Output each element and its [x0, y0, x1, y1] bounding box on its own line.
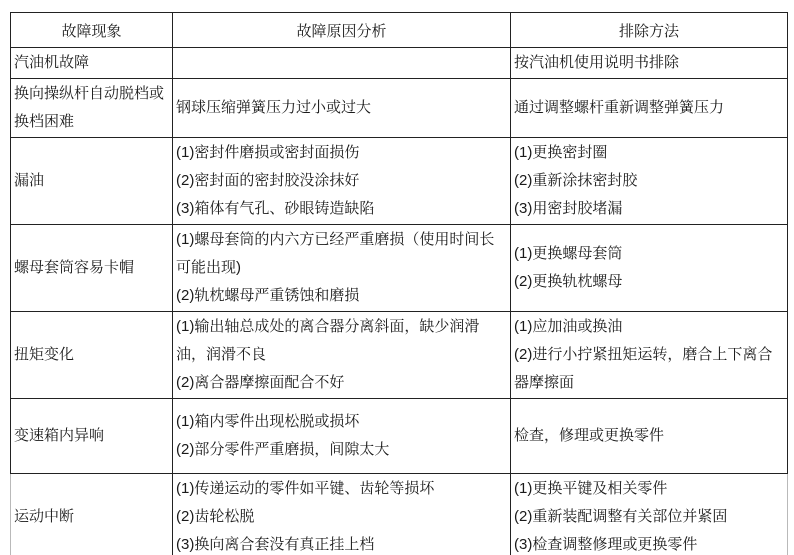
cell-remedies: 按汽油机使用说明书排除	[511, 48, 788, 79]
table-row: 变速箱内异响(1)箱内零件出现松脱或损坏(2)部分零件严重磨损，间隙太大检查，修…	[11, 399, 788, 474]
text-line: 漏油	[14, 167, 168, 195]
text-line: (3)箱体有气孔、砂眼铸造缺陷	[176, 195, 506, 223]
cell-phenomenon: 变速箱内异响	[11, 399, 173, 474]
text-line: (3)换向离合套没有真正挂上档	[176, 531, 506, 555]
text-line: 按汽油机使用说明书排除	[514, 49, 783, 77]
text-line: 扭矩变化	[14, 341, 168, 369]
table-header-row: 故障现象故障原因分析排除方法	[11, 13, 788, 48]
text-line: 螺母套筒容易卡帽	[14, 254, 168, 282]
cell-causes: 钢球压缩弹簧压力过小或过大	[173, 79, 511, 138]
cell-causes: (1)密封件磨损或密封面损伤(2)密封面的密封胶没涂抹好(3)箱体有气孔、砂眼铸…	[173, 138, 511, 225]
text-line: 检查，修理或更换零件	[514, 422, 783, 450]
cell-phenomenon: 扭矩变化	[11, 312, 173, 399]
cell-remedies: 通过调整螺杆重新调整弹簧压力	[511, 79, 788, 138]
cell-remedies: (1)更换螺母套筒(2)更换轨枕螺母	[511, 225, 788, 312]
text-line: (1)应加油或换油	[514, 313, 783, 341]
table-row: 汽油机故障按汽油机使用说明书排除	[11, 48, 788, 79]
cell-remedies: (1)更换密封圈(2)重新涂抹密封胶(3)用密封胶堵漏	[511, 138, 788, 225]
text-line: (2)部分零件严重磨损，间隙太大	[176, 436, 506, 464]
cell-causes: (1)箱内零件出现松脱或损坏(2)部分零件严重磨损，间隙太大	[173, 399, 511, 474]
text-line: 运动中断	[14, 503, 168, 531]
table-row: 扭矩变化(1)输出轴总成处的离合器分离斜面，缺少润滑油，润滑不良(2)离合器摩擦…	[11, 312, 788, 399]
fault-troubleshooting-table: 故障现象故障原因分析排除方法 汽油机故障按汽油机使用说明书排除换向操纵杆自动脱档…	[10, 12, 788, 555]
cell-causes	[173, 48, 511, 79]
text-line: (1)更换螺母套筒	[514, 240, 783, 268]
cell-phenomenon: 漏油	[11, 138, 173, 225]
text-line: 通过调整螺杆重新调整弹簧压力	[514, 94, 783, 122]
column-header-causes: 故障原因分析	[173, 13, 511, 48]
text-line: (1)更换密封圈	[514, 139, 783, 167]
cell-causes: (1)传递运动的零件如平键、齿轮等损坏(2)齿轮松脱(3)换向离合套没有真正挂上…	[173, 474, 511, 555]
text-line: 汽油机故障	[14, 49, 168, 77]
document-page: 故障现象故障原因分析排除方法 汽油机故障按汽油机使用说明书排除换向操纵杆自动脱档…	[0, 0, 794, 555]
text-line: 变速箱内异响	[14, 422, 168, 450]
text-line: (3)用密封胶堵漏	[514, 195, 783, 223]
table-row: 螺母套筒容易卡帽(1)螺母套筒的内六方已经严重磨损（使用时间长可能出现)(2)轨…	[11, 225, 788, 312]
column-header-phenomenon: 故障现象	[11, 13, 173, 48]
cell-causes: (1)输出轴总成处的离合器分离斜面，缺少润滑油，润滑不良(2)离合器摩擦面配合不…	[173, 312, 511, 399]
text-line: (1)螺母套筒的内六方已经严重磨损（使用时间长可能出现)	[176, 226, 506, 282]
text-line: (1)箱内零件出现松脱或损坏	[176, 408, 506, 436]
column-header-remedies: 排除方法	[511, 13, 788, 48]
table-row: 换向操纵杆自动脱档或换档困难钢球压缩弹簧压力过小或过大通过调整螺杆重新调整弹簧压…	[11, 79, 788, 138]
text-line: (1)更换平键及相关零件	[514, 475, 783, 503]
cell-phenomenon: 螺母套筒容易卡帽	[11, 225, 173, 312]
table-row: 运动中断(1)传递运动的零件如平键、齿轮等损坏(2)齿轮松脱(3)换向离合套没有…	[11, 474, 788, 555]
cell-phenomenon: 汽油机故障	[11, 48, 173, 79]
cell-remedies: (1)应加油或换油(2)进行小拧紧扭矩运转，磨合上下离合器摩擦面	[511, 312, 788, 399]
cell-remedies: (1)更换平键及相关零件(2)重新装配调整有关部位并紧固(3)检查调整修理或更换…	[511, 474, 788, 555]
text-line: (3)检查调整修理或更换零件	[514, 531, 783, 555]
text-line: (2)重新涂抹密封胶	[514, 167, 783, 195]
text-line: (2)更换轨枕螺母	[514, 268, 783, 296]
text-line: (2)离合器摩擦面配合不好	[176, 369, 506, 397]
table-row: 漏油(1)密封件磨损或密封面损伤(2)密封面的密封胶没涂抹好(3)箱体有气孔、砂…	[11, 138, 788, 225]
text-line: (2)齿轮松脱	[176, 503, 506, 531]
cell-causes: (1)螺母套筒的内六方已经严重磨损（使用时间长可能出现)(2)轨枕螺母严重锈蚀和…	[173, 225, 511, 312]
text-line: 换向操纵杆自动脱档或换档困难	[14, 80, 168, 136]
text-line: (1)输出轴总成处的离合器分离斜面，缺少润滑油，润滑不良	[176, 313, 506, 369]
text-line: (2)重新装配调整有关部位并紧固	[514, 503, 783, 531]
text-line: (2)密封面的密封胶没涂抹好	[176, 167, 506, 195]
text-line: (2)进行小拧紧扭矩运转，磨合上下离合器摩擦面	[514, 341, 783, 397]
cell-phenomenon: 换向操纵杆自动脱档或换档困难	[11, 79, 173, 138]
text-line: 钢球压缩弹簧压力过小或过大	[176, 94, 506, 122]
cell-remedies: 检查，修理或更换零件	[511, 399, 788, 474]
cell-phenomenon: 运动中断	[11, 474, 173, 555]
text-line: (1)传递运动的零件如平键、齿轮等损坏	[176, 475, 506, 503]
text-line: (1)密封件磨损或密封面损伤	[176, 139, 506, 167]
text-line: (2)轨枕螺母严重锈蚀和磨损	[176, 282, 506, 310]
